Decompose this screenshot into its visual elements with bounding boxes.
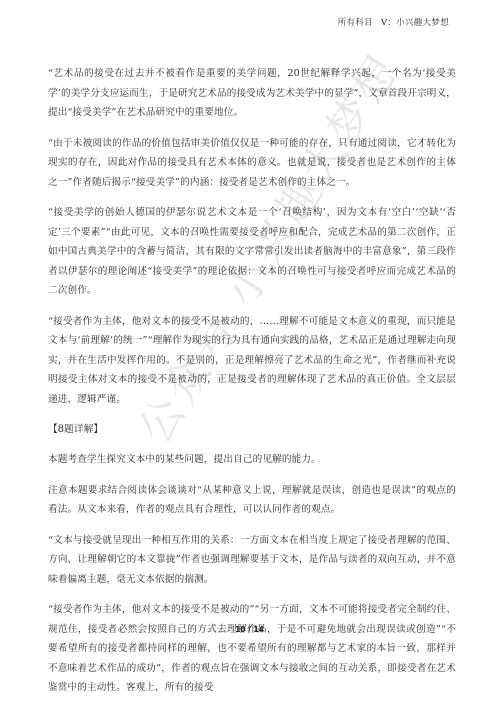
paragraph: “由于未被阅读的作品的价值包括审美价值仅仅是一种可能的存在，只有通过阅读，它才转…: [48, 134, 456, 193]
paragraph: “接受美学的创始人德国的伊瑟尔说艺术文本是一个‘召唤结构’，因为文本有‘空白’‘…: [48, 203, 456, 301]
document-body: “艺术品的接受在过去并不被看作是重要的美学问题，20世纪解释学兴起，一个名为‘接…: [48, 64, 456, 706]
paragraph: “文本与接受就呈现出一种相互作用的关系：一方面文本在相当度上规定了接受者理解的范…: [48, 531, 456, 590]
paragraph: “接受者作为主体，他对文本的接受不是被动的”“另一方面，文本不可能将接受者完全制…: [48, 600, 456, 698]
paragraph: 本题考查学生探究文本中的某些问题，提出自己的见解的能力。: [48, 450, 456, 470]
page-number: 10 / 14: [0, 625, 499, 634]
paragraph: 注意本题要求结合阅读体会谈谈对“从某种意义上说，理解就是误读，创造也是误读”的观…: [48, 481, 456, 520]
paragraph: “艺术品的接受在过去并不被看作是重要的美学问题，20世纪解释学兴起，一个名为‘接…: [48, 64, 456, 123]
header-contact: V：小兴趣大梦想: [381, 18, 449, 28]
header-subject: 所有科目: [338, 18, 373, 28]
section-title: 【8题详解】: [48, 420, 456, 439]
page-header: 所有科目V：小兴趣大梦想: [338, 16, 449, 28]
paragraph: “接受者作为主体，他对文本的接受不是被动的，……理解不可能是文本意义的重现，而只…: [48, 312, 456, 410]
